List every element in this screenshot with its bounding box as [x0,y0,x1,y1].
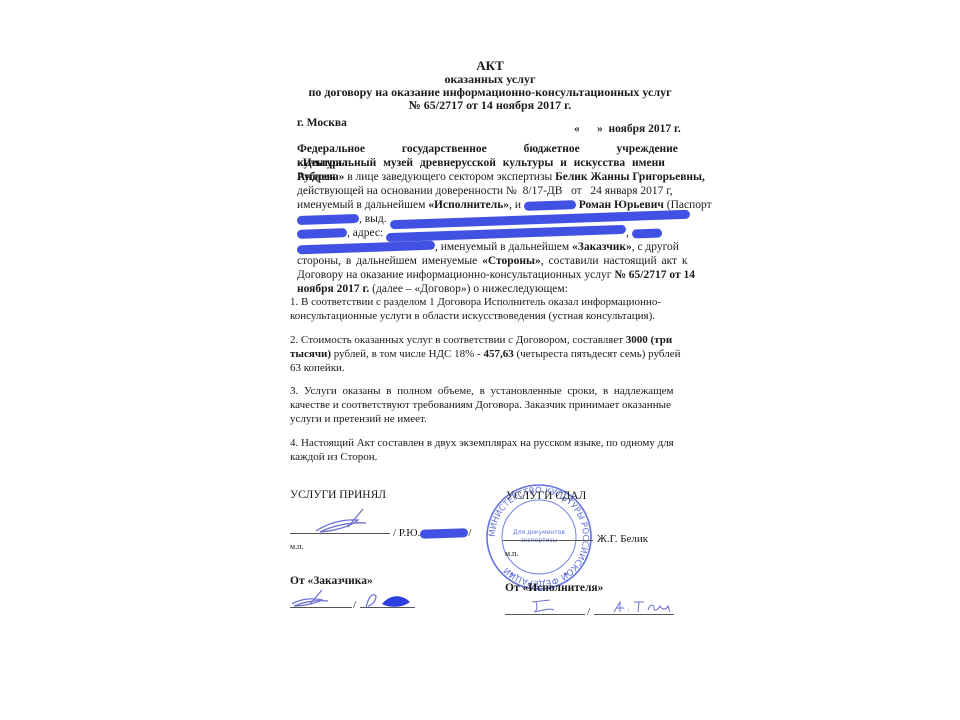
document-contract-number: № 65/2717 от 14 ноября 2017 г. [280,98,700,113]
preamble-line5: именуемый в дальнейшем «Исполнитель», и … [297,198,712,212]
customer-initials: / Р.Ю./ [393,526,471,540]
accepted-heading: УСЛУГИ ПРИНЯЛ [290,488,386,502]
executor-representative: Белик Жанны Григорьевны, [555,171,705,183]
redaction-mark [297,214,359,225]
redaction-mark [420,528,468,539]
preamble-line7: , адрес: , [297,226,662,240]
redaction-mark [632,228,662,238]
customer-signature-initials [362,590,422,612]
seal-placeholder: м.п. [505,547,518,561]
vat-amount: 457,63 [483,348,513,360]
preamble-line8: , именуемый в дальнейшем «Заказчик», с д… [297,240,679,254]
place: г. Москва [297,116,347,130]
redaction-mark [524,200,576,211]
document-date: « » ноября 2017 г. [574,122,681,136]
seal-placeholder: м.п. [290,540,303,554]
preamble-line9: стороны, в дальнейшем именуемые «Стороны… [297,254,688,268]
customer-signature-2 [288,588,348,612]
signature-line [503,540,593,541]
customer-name: Роман Юрьевич [579,199,664,211]
executor-signature-name [610,598,676,616]
executor-initials: Ж.Г. Белик [597,532,648,546]
preamble-line11: ноября 2017 г. (далее – «Договор») о ниж… [297,282,568,296]
redaction-mark [297,228,347,239]
redaction-mark [297,240,435,254]
customer-signature [308,505,378,540]
preamble-line10: Договору на оказание информационно-консу… [297,268,695,282]
preamble-line6: , выд. [297,212,690,226]
delivered-heading: УСЛУГИ СДАЛ [506,489,586,503]
from-executor: От «Исполнителя» [505,581,603,595]
svg-text:Для документов: Для документов [513,529,565,536]
document-page: АКТ оказанных услуг по договору на оказа… [0,0,960,720]
preamble-line3: Рублева» в лице заведующего сектором экс… [297,170,705,184]
from-customer: От «Заказчика» [290,574,373,588]
executor-signature [528,596,568,616]
preamble-line4: действующей на основании доверенности № … [297,184,673,198]
